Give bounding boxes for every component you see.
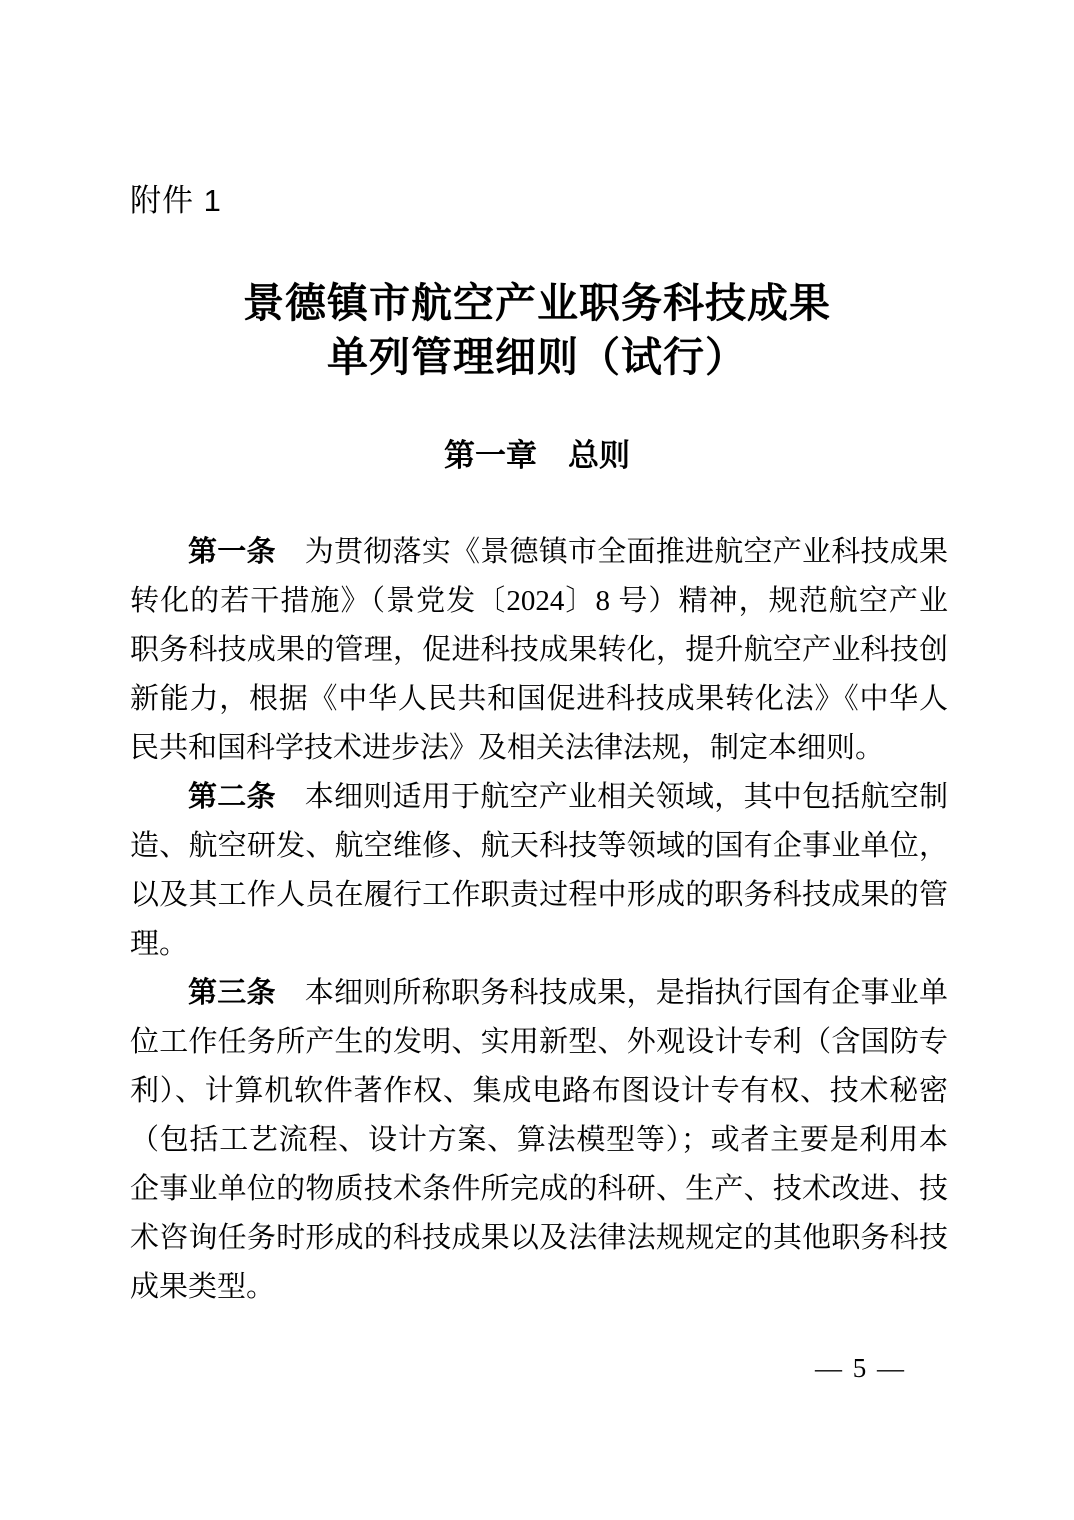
document-page: 附件 1 景德镇市航空产业职务科技成果 单列管理细则（试行） 第一章 总则 第一… — [0, 0, 1074, 1520]
article-3: 第三条本细则所称职务科技成果，是指执行国有企事业单位工作任务所产生的发明、实用新… — [130, 969, 948, 1312]
article-2-label: 第二条 — [188, 781, 276, 813]
article-3-text: 本细则所称职务科技成果，是指执行国有企事业单位工作任务所产生的发明、实用新型、外… — [130, 977, 948, 1303]
article-1: 第一条为贯彻落实《景德镇市全面推进航空产业科技成果转化的若干措施》（景党发〔20… — [130, 528, 948, 773]
document-title-line2: 单列管理细则（试行） — [0, 330, 1074, 384]
article-3-label: 第三条 — [188, 977, 276, 1009]
article-2: 第二条本细则适用于航空产业相关领域，其中包括航空制造、航空研发、航空维修、航天科… — [130, 773, 948, 969]
document-title-line1: 景德镇市航空产业职务科技成果 — [0, 276, 1074, 330]
article-1-text: 为贯彻落实《景德镇市全面推进航空产业科技成果转化的若干措施》（景党发〔2024〕… — [130, 536, 948, 764]
document-body: 第一条为贯彻落实《景德镇市全面推进航空产业科技成果转化的若干措施》（景党发〔20… — [130, 528, 948, 1312]
chapter-heading: 第一章 总则 — [0, 436, 1074, 476]
article-1-label: 第一条 — [188, 536, 276, 568]
page-number: — 5 — — [815, 1350, 906, 1386]
document-title: 景德镇市航空产业职务科技成果 单列管理细则（试行） — [0, 276, 1074, 384]
attachment-label: 附件 1 — [130, 181, 222, 221]
